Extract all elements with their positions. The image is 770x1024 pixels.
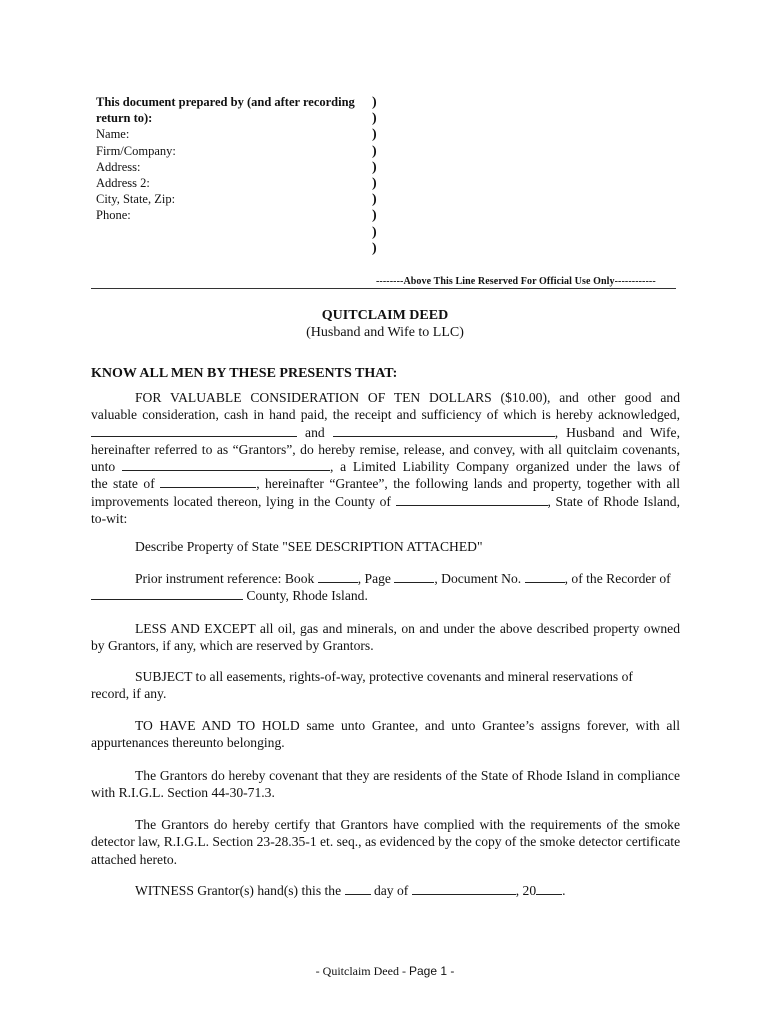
prior-line: Prior instrument reference: Book , Page …: [91, 570, 680, 587]
parenthesis-column: ) ) ) ) ) ) ) ) ) ): [372, 95, 384, 257]
smoke-line: The Grantors do hereby certify that Gran…: [91, 816, 680, 833]
consideration-line: valuable consideration, cash in hand pai…: [91, 406, 680, 423]
subject-line: SUBJECT to all easements, rights-of-way,…: [91, 668, 680, 685]
describe-property: Describe Property of State "SEE DESCRIPT…: [91, 538, 680, 555]
residency-line: The Grantors do hereby covenant that the…: [91, 767, 680, 784]
book-blank[interactable]: [318, 570, 358, 583]
consideration-paragraph: FOR VALUABLE CONSIDERATION OF TEN DOLLAR…: [91, 389, 680, 527]
footer-page-number: Page 1 -: [409, 964, 454, 978]
document-title: QUITCLAIM DEED: [0, 308, 770, 324]
month-blank[interactable]: [412, 882, 516, 895]
preparer-block: This document prepared by (and after rec…: [96, 94, 366, 224]
page-footer: - Quitclaim Deed - Page 1 -: [0, 964, 770, 979]
paren: ): [372, 192, 384, 208]
prior-county-line: County, Rhode Island.: [91, 587, 680, 604]
smoke-line: detector law, R.I.G.L. Section 23-28.35-…: [91, 833, 680, 850]
llc-state-blank[interactable]: [160, 475, 256, 488]
paren: ): [372, 160, 384, 176]
day-of-text: day of: [374, 883, 408, 898]
and-text: and: [305, 425, 325, 440]
smoke-line: attached hereto.: [91, 851, 680, 868]
paren: ): [372, 241, 384, 257]
recorder-of-label: , of the Recorder of: [565, 571, 671, 586]
preparer-name-field[interactable]: Name:: [96, 126, 366, 142]
page-blank[interactable]: [394, 570, 434, 583]
habendum-line: appurtenances thereunto belonging.: [91, 734, 680, 751]
paren: ): [372, 225, 384, 241]
less-except-line: LESS AND EXCEPT all oil, gas and mineral…: [91, 620, 680, 637]
residency-line: with R.I.G.L. Section 44-30-71.3.: [91, 784, 680, 801]
husband-wife-text: , Husband and Wife,: [555, 425, 680, 440]
county-line: improvements located thereon, lying in t…: [91, 493, 680, 510]
paren: ): [372, 176, 384, 192]
preparer-address-field[interactable]: Address:: [96, 159, 366, 175]
to-wit: to-wit:: [91, 510, 680, 527]
year-blank[interactable]: [536, 882, 562, 895]
document-no-blank[interactable]: [525, 570, 565, 583]
smoke-detector-paragraph: The Grantors do hereby certify that Gran…: [91, 816, 680, 868]
preparer-phone-field[interactable]: Phone:: [96, 207, 366, 223]
period-text: .: [562, 883, 565, 898]
grantor-2-blank[interactable]: [333, 424, 555, 437]
witness-paragraph: WITNESS Grantor(s) hand(s) this the day …: [91, 882, 680, 899]
footer-doc-name: - Quitclaim Deed -: [316, 964, 409, 978]
page-label: , Page: [358, 571, 391, 586]
grantee-name-blank[interactable]: [122, 458, 330, 471]
preparer-heading-cont: return to):: [96, 110, 366, 126]
paren: ): [372, 127, 384, 143]
paren: ): [372, 111, 384, 127]
less-except-line: by Grantors, if any, which are reserved …: [91, 637, 680, 654]
prior-instrument-paragraph: Prior instrument reference: Book , Page …: [91, 570, 680, 605]
less-except-paragraph: LESS AND EXCEPT all oil, gas and mineral…: [91, 620, 680, 655]
consideration-line: FOR VALUABLE CONSIDERATION OF TEN DOLLAR…: [91, 389, 680, 406]
state-ri-text: , State of Rhode Island,: [548, 494, 680, 509]
preparer-city-state-zip-field[interactable]: City, State, Zip:: [96, 191, 366, 207]
residency-paragraph: The Grantors do hereby covenant that the…: [91, 767, 680, 802]
paren: ): [372, 95, 384, 111]
grantee-line: unto , a Limited Liability Company organ…: [91, 458, 680, 475]
subject-paragraph: SUBJECT to all easements, rights-of-way,…: [91, 668, 680, 703]
state-of-text: the state of: [91, 476, 155, 491]
consideration-line: hereinafter referred to as “Grantors”, d…: [91, 441, 680, 458]
know-all-heading: KNOW ALL MEN BY THESE PRESENTS THAT:: [91, 366, 397, 382]
grantee-text: , hereinafter “Grantee”, the following l…: [256, 476, 680, 491]
state-line: the state of , hereinafter “Grantee”, th…: [91, 475, 680, 492]
document-no-label: , Document No.: [434, 571, 521, 586]
official-use-divider: [91, 288, 676, 289]
county-blank[interactable]: [396, 493, 548, 506]
grantor-names-line: and , Husband and Wife,: [91, 424, 680, 441]
county-ri-text: County, Rhode Island.: [246, 588, 367, 603]
official-use-notice: --------Above This Line Reserved For Off…: [376, 276, 656, 287]
county-of-text: improvements located thereon, lying in t…: [91, 494, 391, 509]
year-prefix-text: , 20: [516, 883, 536, 898]
paren: ): [372, 208, 384, 224]
recorder-county-blank[interactable]: [91, 587, 243, 600]
unto-text: unto: [91, 459, 115, 474]
witness-line: WITNESS Grantor(s) hand(s) this the day …: [91, 882, 680, 899]
document-subtitle: (Husband and Wife to LLC): [0, 325, 770, 341]
book-label: Prior instrument reference: Book: [135, 571, 314, 586]
habendum-paragraph: TO HAVE AND TO HOLD same unto Grantee, a…: [91, 717, 680, 752]
grantor-1-blank[interactable]: [91, 424, 297, 437]
subject-line: record, if any.: [91, 685, 680, 702]
preparer-address2-field[interactable]: Address 2:: [96, 175, 366, 191]
day-blank[interactable]: [345, 882, 371, 895]
preparer-firm-field[interactable]: Firm/Company:: [96, 143, 366, 159]
preparer-heading: This document prepared by (and after rec…: [96, 94, 366, 110]
llc-text: , a Limited Liability Company organized …: [330, 459, 680, 474]
habendum-line: TO HAVE AND TO HOLD same unto Grantee, a…: [91, 717, 680, 734]
paren: ): [372, 144, 384, 160]
witness-text: WITNESS Grantor(s) hand(s) this the: [135, 883, 341, 898]
